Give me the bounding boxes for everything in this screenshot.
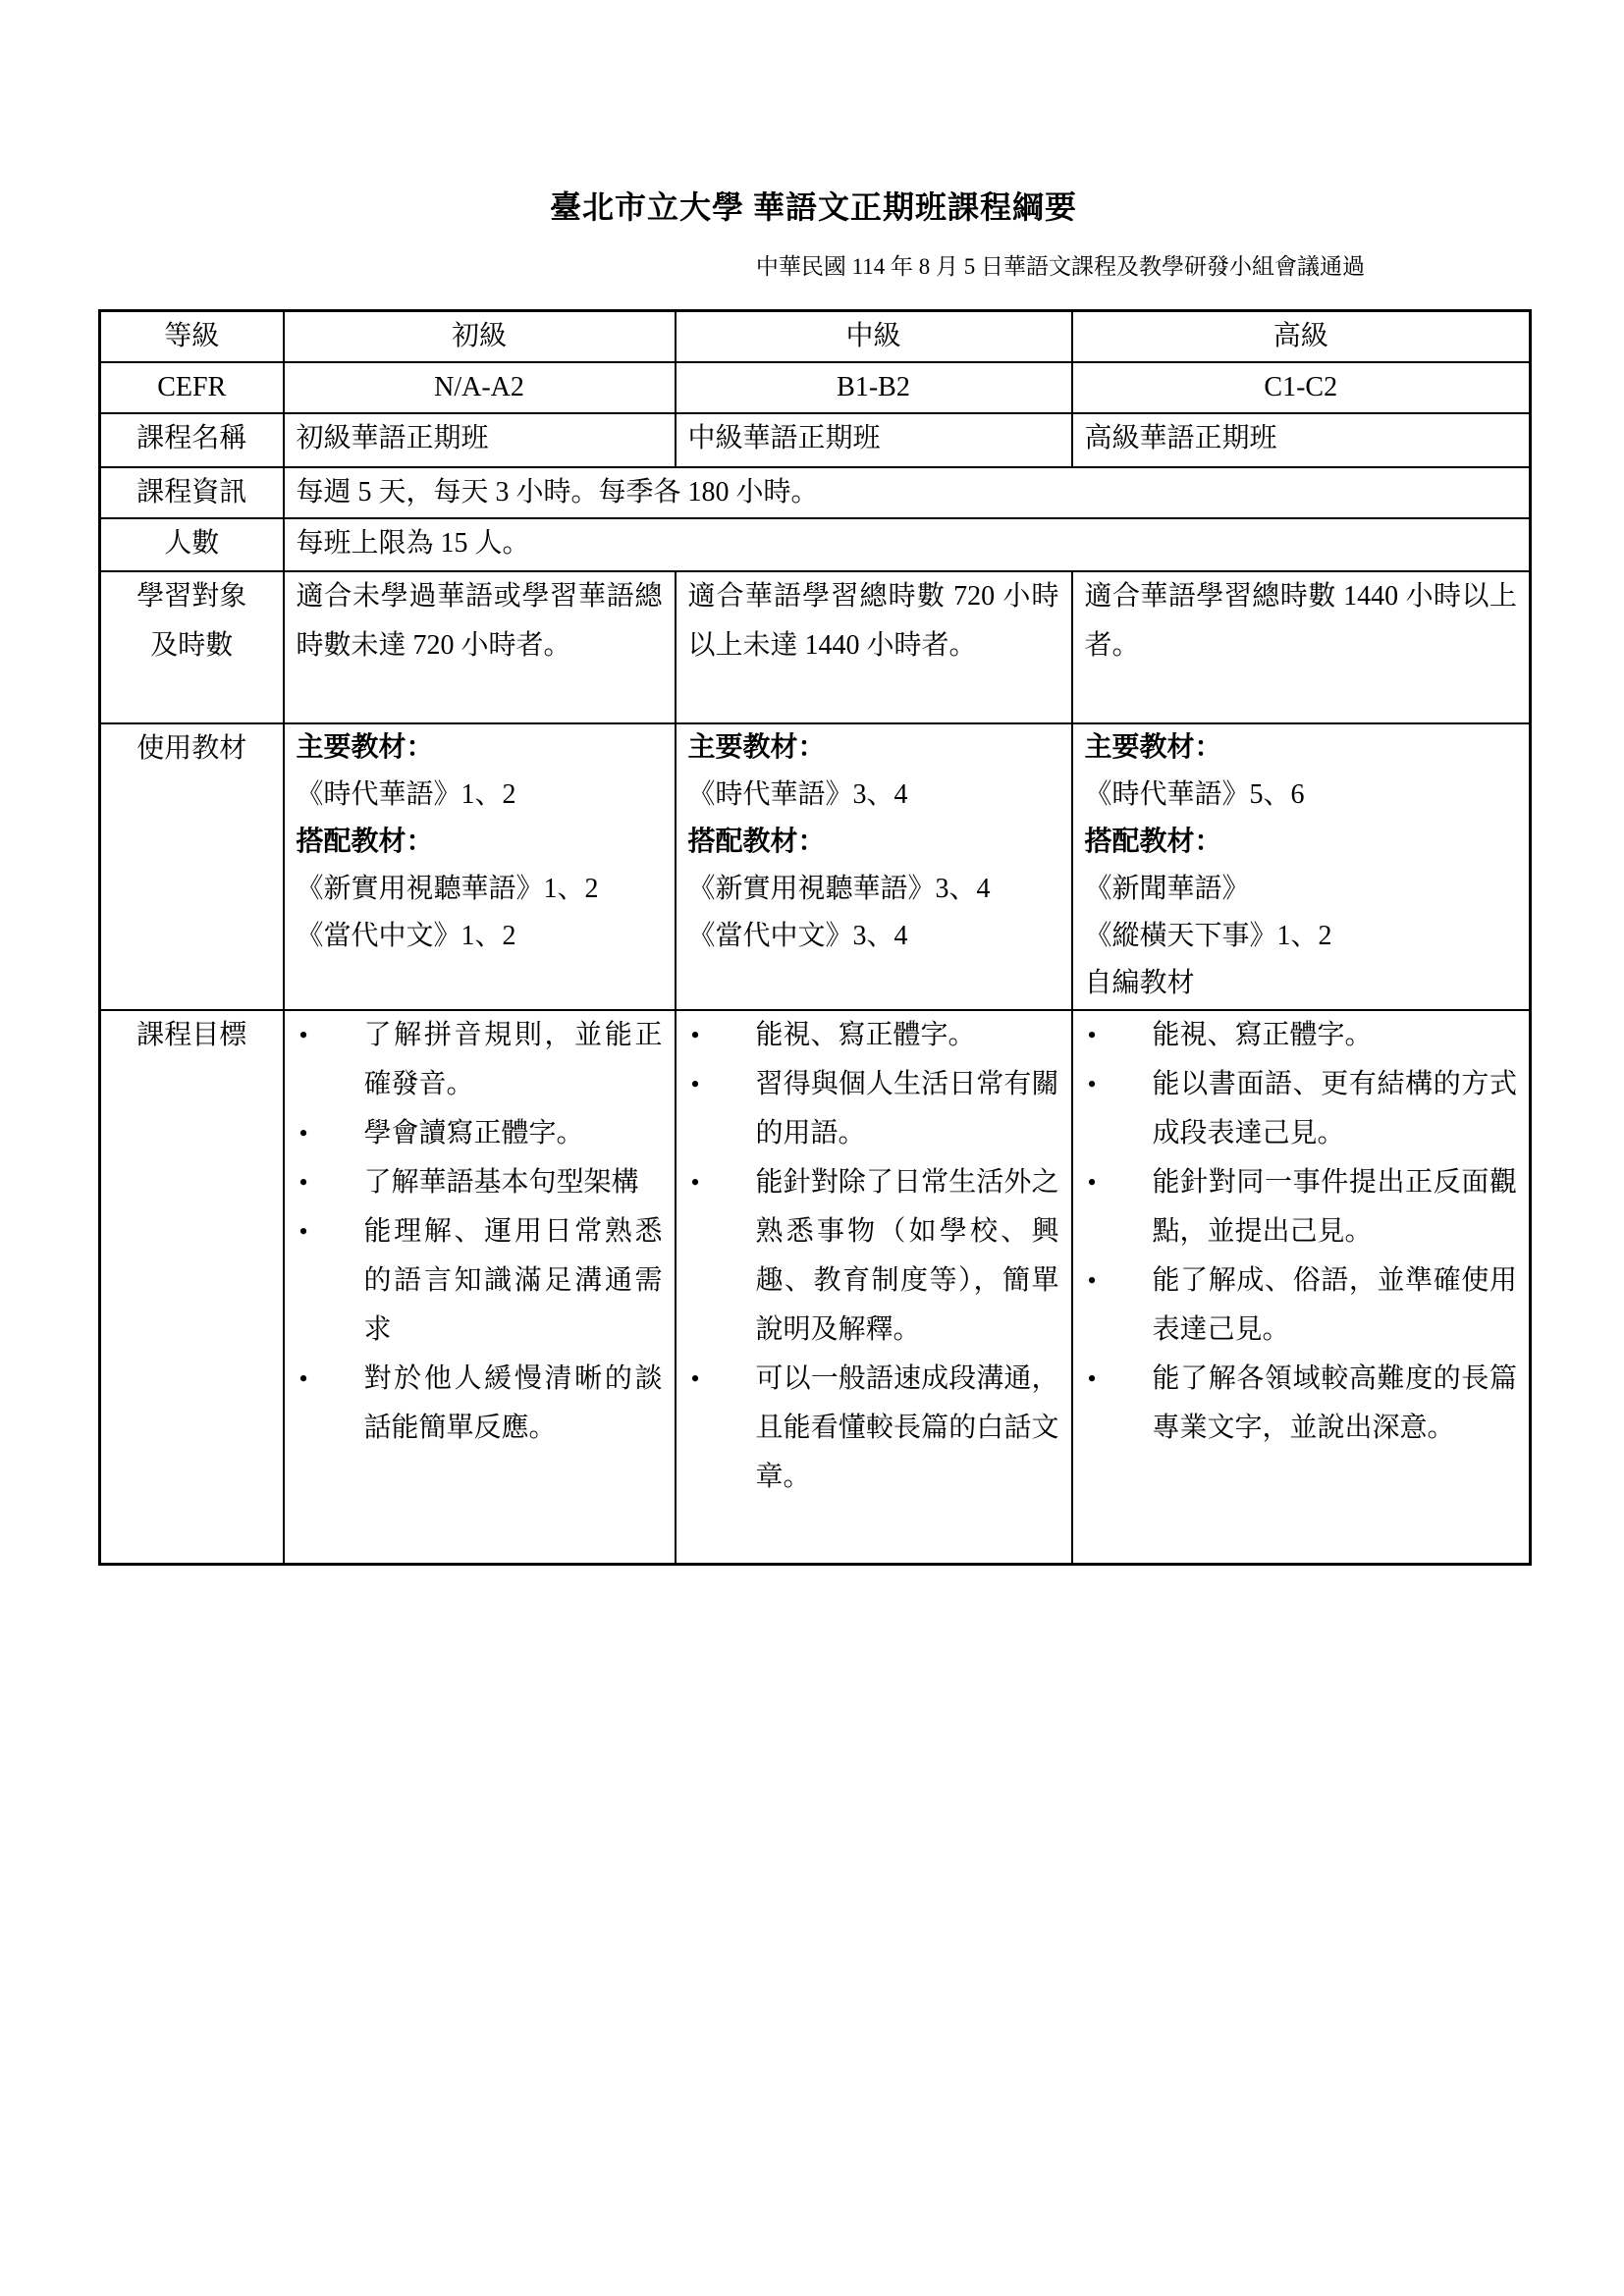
objective-item: • 對於他人緩慢清晰的談話能簡單反應。 [297,1355,663,1453]
bullet-icon: • [688,1158,756,1207]
bullet-icon: • [297,1207,364,1256]
material-line: 《當代中文》3、4 [688,913,1059,960]
objective-item: • 可以一般語速成段溝通，且能看懂較長篇的白話文章。 [688,1355,1059,1502]
level-advanced-cell: 高級 [1072,311,1531,363]
material-line: 《時代華語》3、4 [688,772,1059,819]
objective-item: • 了解拼音規則，並能正確發音。 [297,1011,663,1109]
course-name-advanced-cell: 高級華語正期班 [1072,413,1531,467]
cefr-advanced-cell: C1-C2 [1072,362,1531,413]
row-course-name: 課程名稱 初級華語正期班 中級華語正期班 高級華語正期班 [100,413,1531,467]
objective-text: 對於他人緩慢清晰的談話能簡單反應。 [364,1355,663,1453]
approval-note: 中華民國 114 年 8 月 5 日華語文課程及教學研發小組會議通過 [98,251,1529,283]
audience-beginner-cell: 適合未學過華語或學習華語總時數未達 720 小時者。 [284,571,676,723]
objective-item: • 能視、寫正體字。 [1085,1011,1518,1060]
bullet-icon: • [1085,1158,1153,1207]
material-line: 自編教材 [1085,960,1518,1007]
document-page: 臺北市立大學 華語文正期班課程綱要 中華民國 114 年 8 月 5 日華語文課… [0,0,1624,1566]
objectives-row-label: 課程目標 [100,1010,284,1565]
materials-beginner-cell: 主要教材： 《時代華語》1、2 搭配教材： 《新實用視聽華語》1、2 《當代中文… [284,723,676,1010]
bullet-icon: • [1085,1256,1153,1306]
material-line: 《縱橫天下事》1、2 [1085,913,1518,960]
row-cefr: CEFR N/A-A2 B1-B2 C1-C2 [100,362,1531,413]
material-line: 《新聞華語》 [1085,866,1518,913]
objective-item: • 能了解各領域較高難度的長篇專業文字，並說出深意。 [1085,1355,1518,1453]
audience-intermediate-cell: 適合華語學習總時數 720 小時以上未達 1440 小時者。 [676,571,1072,723]
objective-item: • 了解華語基本句型架構 [297,1158,663,1207]
objective-text: 能針對除了日常生活外之熟悉事物（如學校、興趣、教育制度等），簡單說明及解釋。 [756,1158,1059,1355]
objective-text: 了解華語基本句型架構 [364,1158,663,1207]
objective-text: 習得與個人生活日常有關的用語。 [756,1060,1059,1158]
materials-intermediate-cell: 主要教材： 《時代華語》3、4 搭配教材： 《新實用視聽華語》3、4 《當代中文… [676,723,1072,1010]
objective-item: • 能針對除了日常生活外之熟悉事物（如學校、興趣、教育制度等），簡單說明及解釋。 [688,1158,1059,1355]
objective-item: • 學會讀寫正體字。 [297,1109,663,1158]
objectives-intermediate-cell: • 能視、寫正體字。 • 習得與個人生活日常有關的用語。 • 能針對除了日常生活… [676,1010,1072,1565]
row-objectives: 課程目標 • 了解拼音規則，並能正確發音。 • 學會讀寫正體字。 • 了解華語基… [100,1010,1531,1565]
bullet-icon: • [297,1011,364,1060]
bullet-icon: • [297,1109,364,1158]
objective-item: • 能針對同一事件提出正反面觀點，並提出己見。 [1085,1158,1518,1256]
row-materials: 使用教材 主要教材： 《時代華語》1、2 搭配教材： 《新實用視聽華語》1、2 … [100,723,1531,1010]
bullet-icon: • [1085,1060,1153,1109]
secondary-materials-label: 搭配教材： [688,819,1059,866]
level-beginner-cell: 初級 [284,311,676,363]
objective-text: 能了解各領域較高難度的長篇專業文字，並說出深意。 [1153,1355,1518,1453]
objectives-beginner-cell: • 了解拼音規則，並能正確發音。 • 學會讀寫正體字。 • 了解華語基本句型架構… [284,1010,676,1565]
primary-materials-label: 主要教材： [1085,724,1518,772]
bullet-icon: • [688,1060,756,1109]
bullet-icon: • [1085,1011,1153,1060]
cefr-intermediate-cell: B1-B2 [676,362,1072,413]
materials-advanced-cell: 主要教材： 《時代華語》5、6 搭配教材： 《新聞華語》 《縱橫天下事》1、2 … [1072,723,1531,1010]
audience-row-label: 學習對象 及時數 [100,571,284,723]
objective-text: 可以一般語速成段溝通，且能看懂較長篇的白話文章。 [756,1355,1059,1502]
course-name-row-label: 課程名稱 [100,413,284,467]
objective-text: 能理解、運用日常熟悉的語言知識滿足溝通需求 [364,1207,663,1355]
material-line: 《新實用視聽華語》3、4 [688,866,1059,913]
objective-text: 能以書面語、更有結構的方式成段表達己見。 [1153,1060,1518,1158]
class-size-cell: 每班上限為 15 人。 [284,518,1531,571]
row-level: 等級 初級 中級 高級 [100,311,1531,363]
cefr-beginner-cell: N/A-A2 [284,362,676,413]
bullet-icon: • [297,1158,364,1207]
cefr-row-label: CEFR [100,362,284,413]
bullet-icon: • [688,1011,756,1060]
primary-materials-label: 主要教材： [688,724,1059,772]
objective-text: 了解拼音規則，並能正確發音。 [364,1011,663,1109]
objective-item: • 能理解、運用日常熟悉的語言知識滿足溝通需求 [297,1207,663,1355]
objective-item: • 習得與個人生活日常有關的用語。 [688,1060,1059,1158]
class-size-row-label: 人數 [100,518,284,571]
course-info-row-label: 課程資訊 [100,467,284,518]
row-course-info: 課程資訊 每週 5 天，每天 3 小時。每季各 180 小時。 [100,467,1531,518]
objective-text: 能視、寫正體字。 [1153,1011,1518,1060]
page-title: 臺北市立大學 華語文正期班課程綱要 [98,187,1529,228]
course-syllabus-table: 等級 初級 中級 高級 CEFR N/A-A2 B1-B2 C1-C2 課程名稱… [98,309,1532,1566]
secondary-materials-label: 搭配教材： [297,819,663,866]
primary-materials-label: 主要教材： [297,724,663,772]
audience-advanced-cell: 適合華語學習總時數 1440 小時以上者。 [1072,571,1531,723]
level-intermediate-cell: 中級 [676,311,1072,363]
row-audience: 學習對象 及時數 適合未學過華語或學習華語總時數未達 720 小時者。 適合華語… [100,571,1531,723]
course-name-beginner-cell: 初級華語正期班 [284,413,676,467]
objective-text: 學會讀寫正體字。 [364,1109,663,1158]
materials-row-label: 使用教材 [100,723,284,1010]
material-line: 《時代華語》1、2 [297,772,663,819]
course-name-intermediate-cell: 中級華語正期班 [676,413,1072,467]
course-info-cell: 每週 5 天，每天 3 小時。每季各 180 小時。 [284,467,1531,518]
row-class-size: 人數 每班上限為 15 人。 [100,518,1531,571]
objective-item: • 能了解成、俗語，並準確使用表達己見。 [1085,1256,1518,1355]
material-line: 《當代中文》1、2 [297,913,663,960]
objectives-advanced-cell: • 能視、寫正體字。 • 能以書面語、更有結構的方式成段表達己見。 • 能針對同… [1072,1010,1531,1565]
material-line: 《時代華語》5、6 [1085,772,1518,819]
material-line: 《新實用視聽華語》1、2 [297,866,663,913]
bullet-icon: • [297,1355,364,1404]
objective-text: 能針對同一事件提出正反面觀點，並提出己見。 [1153,1158,1518,1256]
objective-text: 能視、寫正體字。 [756,1011,1059,1060]
objective-item: • 能以書面語、更有結構的方式成段表達己見。 [1085,1060,1518,1158]
level-row-label: 等級 [100,311,284,363]
bullet-icon: • [1085,1355,1153,1404]
objective-text: 能了解成、俗語，並準確使用表達己見。 [1153,1256,1518,1355]
bullet-icon: • [688,1355,756,1404]
secondary-materials-label: 搭配教材： [1085,819,1518,866]
objective-item: • 能視、寫正體字。 [688,1011,1059,1060]
